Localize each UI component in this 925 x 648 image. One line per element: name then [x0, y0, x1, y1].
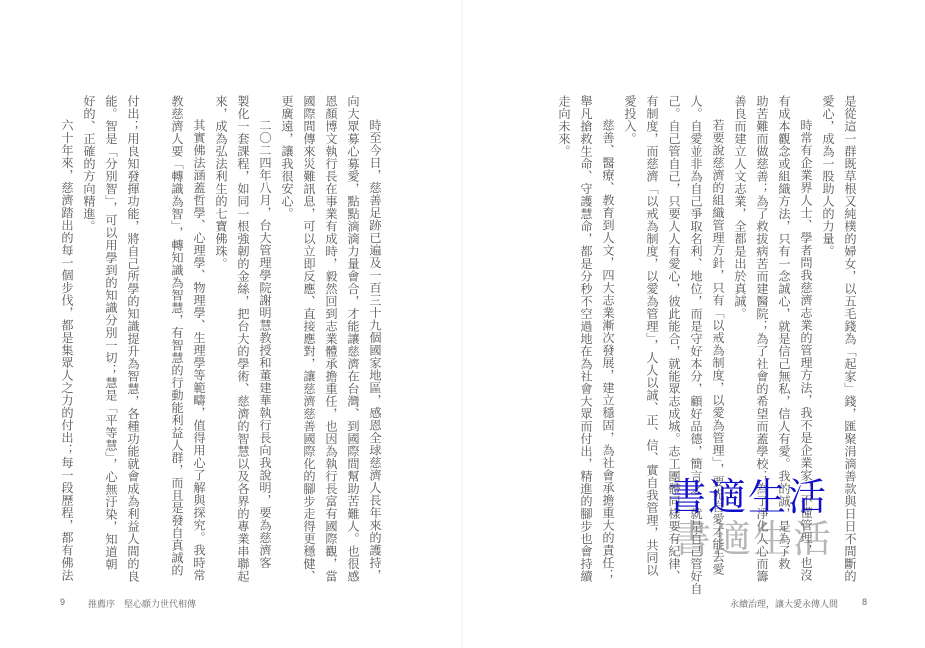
text-column: 能。智是「分別智」，可以用學到的知識分別一切；慧是「平等慧」，心無汙染，知道朝: [103, 95, 119, 570]
watermark-shadow: 書適生活: [673, 520, 833, 558]
running-head: 永續治理，讓大愛永傳人間: [730, 597, 838, 610]
text-column: 舉凡搶救生命、守護慧命，都是分秒不空過地在為社會大眾而付出，精進的腳步也會持續: [578, 95, 594, 583]
text-column: 來，成為弘法利生的七寶佛珠。: [213, 95, 229, 270]
text-column: 善良而建立人文志業，全都是出於真誠。: [732, 95, 748, 320]
text-column: 國際間傳來災難訊息，可以立即反應、直接應對，讓慈濟慈善國際化的腳步走得更穩健、: [301, 95, 317, 583]
text-column: 好的、正確的方向精進。: [81, 95, 97, 233]
book-spread: 時至今日，慈善足跡已遍及一百三十九個國家地區，感恩全球慈濟人長年來的護持， 向大…: [0, 0, 925, 648]
text-column: 六十年來，慈濟踏出的每一個步伐，都是集眾人之力的付出；每一段歷程，都有佛法: [59, 119, 75, 582]
left-page: 時至今日，慈善足跡已遍及一百三十九個國家地區，感恩全球慈濟人長年來的護持， 向大…: [0, 0, 462, 648]
text-column: 付出；用良知發揮功能，將自己所學的知識提升為智慧，各種功能就會成為利益人間的良: [125, 95, 141, 583]
text-column: 時至今日，慈善足跡已遍及一百三十九個國家地區，感恩全球慈濟人長年來的護持，: [367, 119, 383, 582]
text-column: 恩顏博文執行長在事業有成時，毅然回到志業體承擔重任，也因為執行長富有國際觀，當: [323, 95, 339, 583]
text-column: 教慈濟人要「轉識為智」，轉知識為智慧，有智慧的行動能利益人群，而且是發自真誠的: [169, 95, 185, 576]
text-column: 慈善、醫療、教育到人文，四大志業漸次發展，建立穩固，為社會承擔重大的責任；: [600, 119, 616, 582]
text-column: 其實佛法涵蓋哲學、心理學、物理學、生理學等範疇，值得用心了解與探究。我時常: [191, 119, 207, 582]
text-column: 有制度，而慈濟「以戒為制度，以愛為管理」，人人以誠、正、信、實自我管理，共同以: [644, 95, 660, 576]
text-column: 愛心，成為一股助人的力量。: [820, 95, 836, 258]
text-column: 是從這一群既草根又純樸的婦女，以五毛錢為「起家」錢，匯聚涓滴善款與日日不間斷的: [842, 95, 858, 583]
page-number: 8: [862, 597, 867, 607]
text-column: 走向未來。: [556, 95, 572, 158]
text-column: 二〇二四年八月，台大管理學院謝明慧教授和董建華執行長向我說明，要為慈濟客: [257, 119, 273, 569]
running-head: 推薦序 堅心願力世代相傳: [88, 597, 196, 610]
page-number: 9: [60, 597, 65, 607]
watermark: 書適生活: [668, 478, 828, 516]
text-column: 向大眾募心募愛，點點滴滴力量會合，才能讓慈濟在台灣、到國際間幫助苦難人。也很感: [345, 95, 361, 583]
text-column: 製化一套課程，如同一根強韌的金絲，把台大的學術、慈濟的智慧以及各界的專業串聯起: [235, 95, 251, 583]
text-column: 愛投入。: [622, 95, 638, 145]
text-column: 更廣遠，讓我很安心。: [279, 95, 295, 220]
